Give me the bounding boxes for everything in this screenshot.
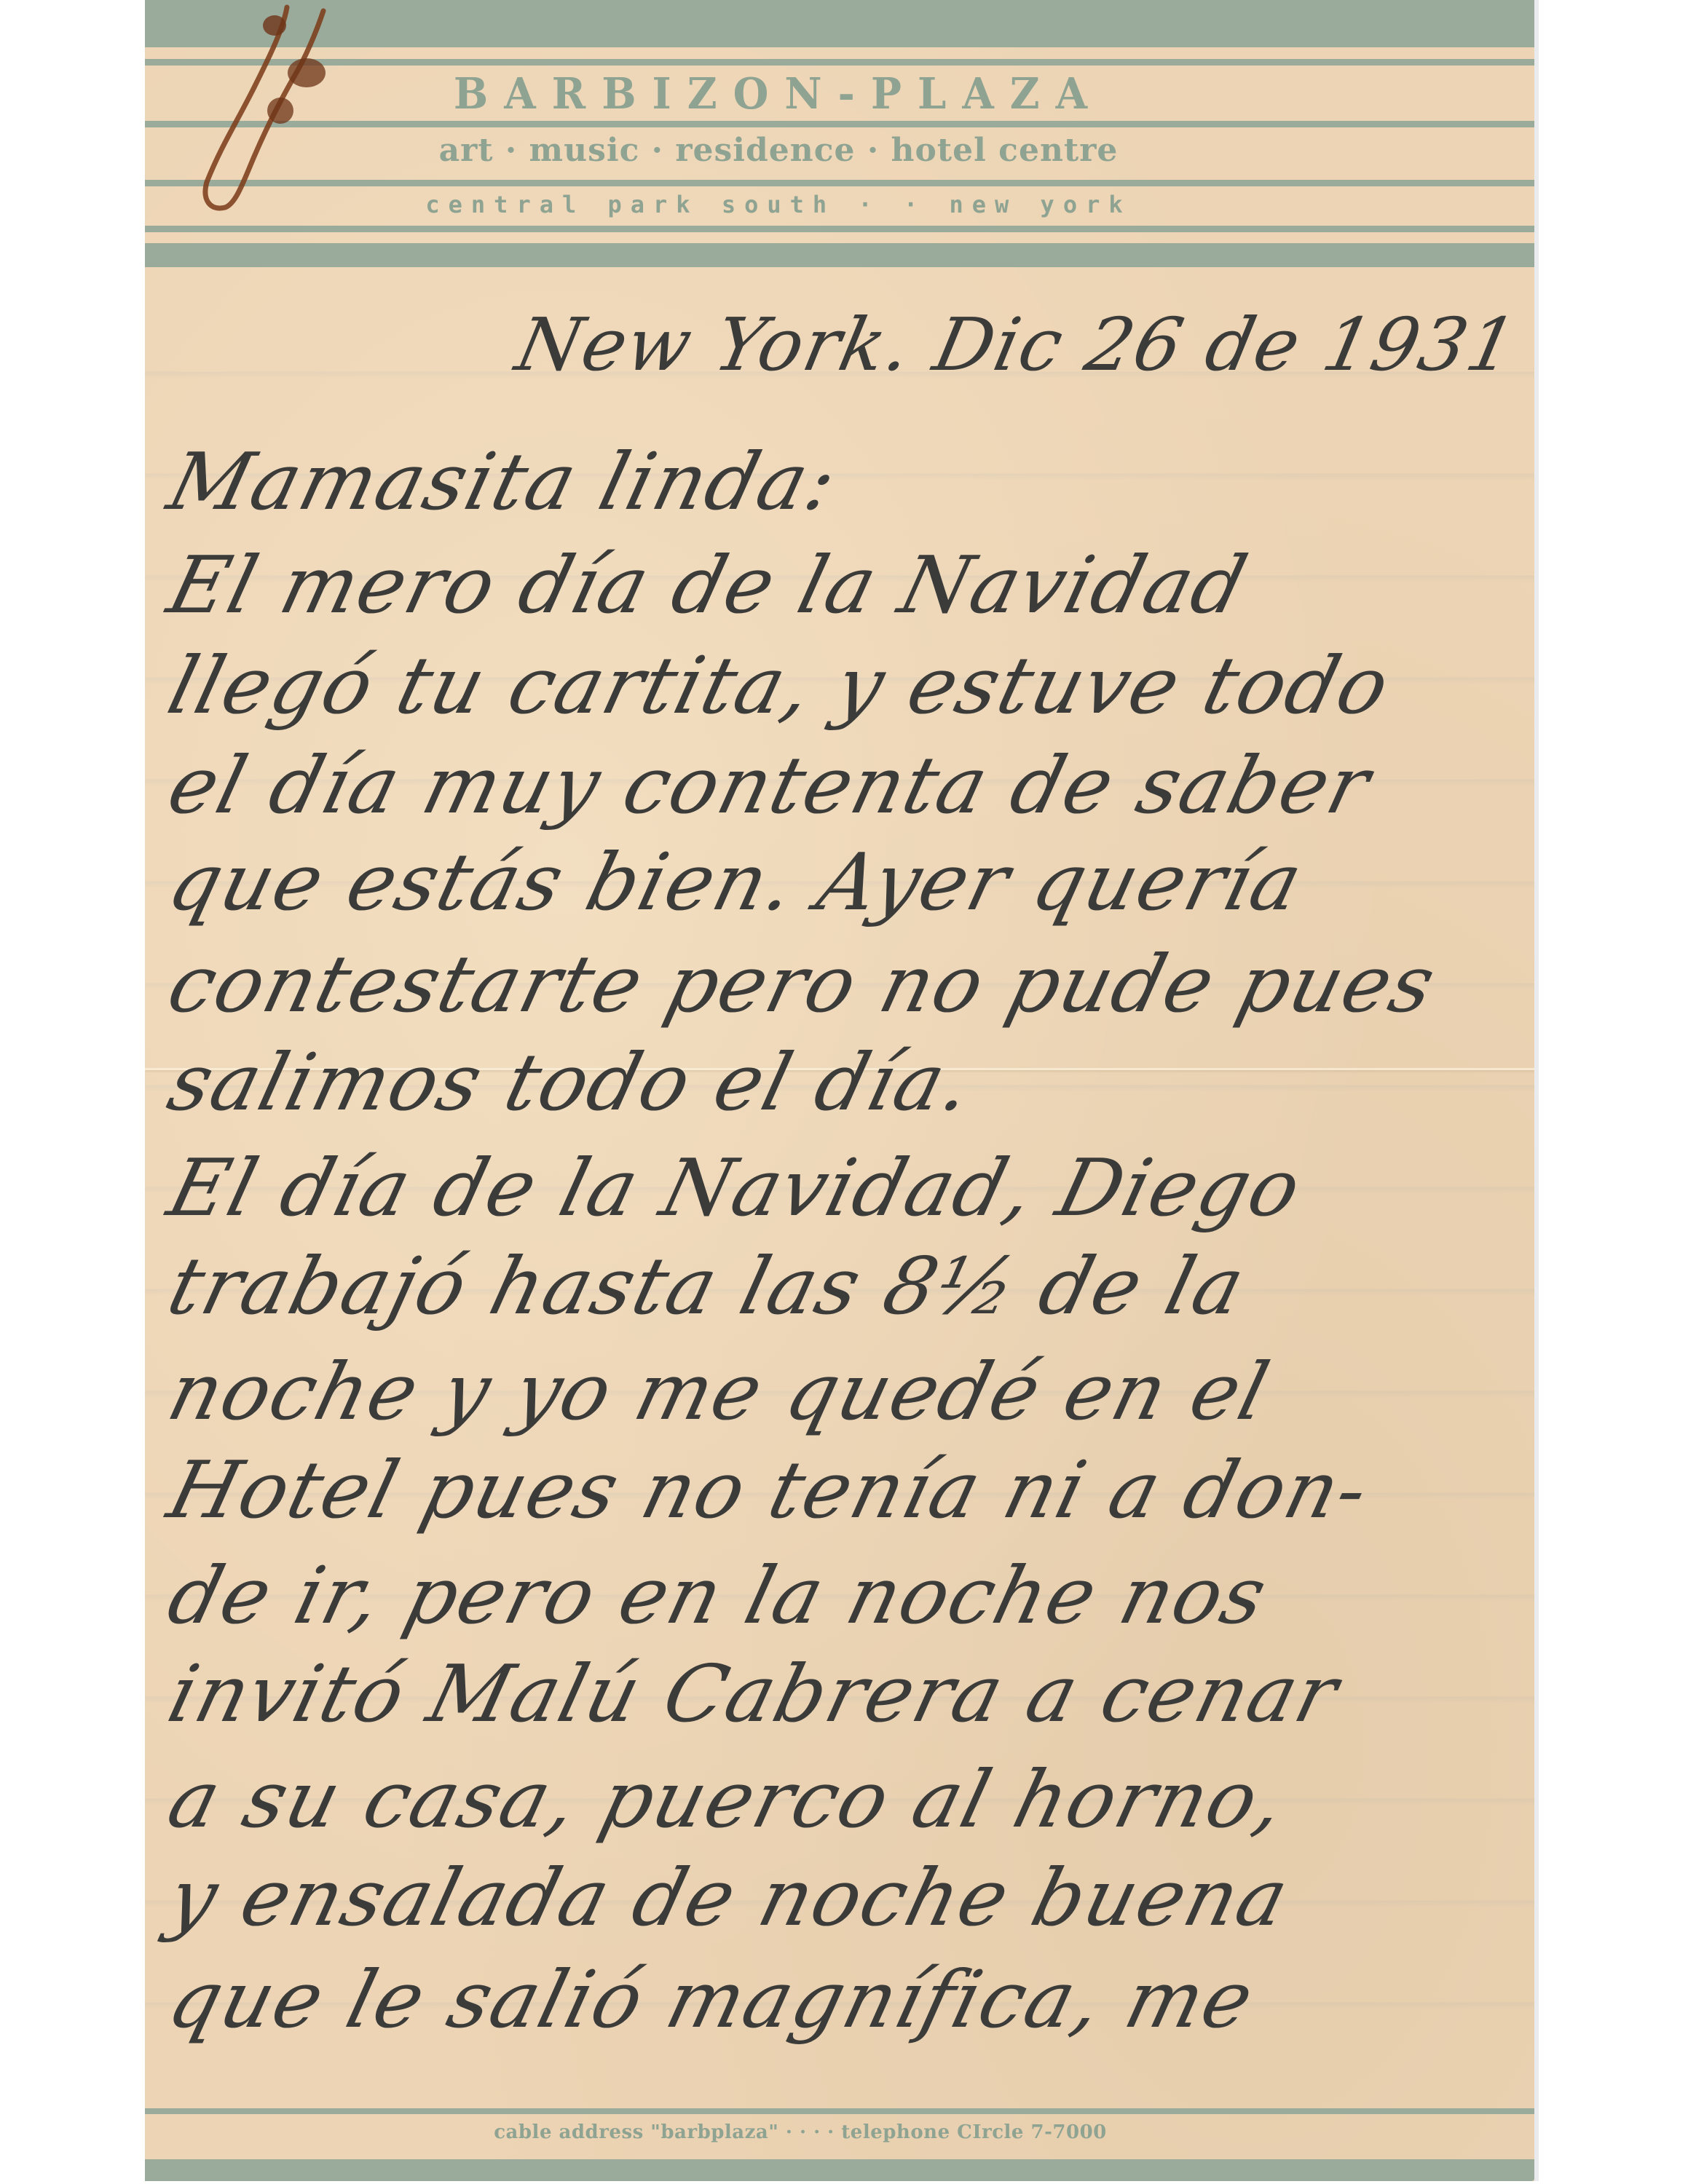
letterhead-footer: cable address "barbplaza" · · · · teleph… [320, 2121, 1281, 2143]
letter-line: a su casa, puerco al horno, [159, 1754, 1295, 1845]
letter-line: trabajó hasta las 8½ de la [159, 1241, 1254, 1332]
letter-line: de ir, pero en la noche nos [159, 1551, 1276, 1642]
letter-line: y ensalada de noche buena [159, 1853, 1298, 1944]
letter-line: El mero día de la Navidad [159, 540, 1256, 631]
letterhead-tagline: art · music · residence · hotel centre [280, 132, 1277, 169]
letter-line: llegó tu cartita, y estuve todo [159, 641, 1399, 732]
letter-line: que estás bien. Ayer quería [159, 837, 1312, 928]
letterhead-rule [145, 180, 1534, 186]
letterhead-top-band [145, 0, 1534, 47]
letterhead-rule [145, 226, 1534, 232]
letterhead-title: BARBIZON-PLAZA [272, 68, 1285, 119]
letterhead-rule [145, 121, 1534, 127]
footer-band [145, 2159, 1534, 2181]
letter-line: el día muy contenta de saber [159, 740, 1380, 831]
letter-line: invitó Malú Cabrera a cenar [159, 1649, 1348, 1740]
letter-line: Hotel pues no tenía ni a don- [159, 1445, 1378, 1536]
letter-line: que le salió magnífica, me [159, 1955, 1263, 2046]
letterhead-address: central park south · · new york [280, 191, 1277, 218]
letter-salutation: Mamasita linda: [159, 437, 847, 528]
letterhead-bottom-band [145, 243, 1534, 267]
letter-line: salimos todo el día. [159, 1037, 982, 1128]
letter-line: El día de la Navidad, Diego [159, 1143, 1311, 1234]
letter-dateline: New York. Dic 26 de 1931 [509, 302, 1525, 387]
letter-line: contestarte pero no pude pues [159, 939, 1445, 1030]
letterhead-rule [145, 59, 1534, 66]
letter-line: noche y yo me quedé en el [159, 1347, 1279, 1438]
letter-page: BARBIZON-PLAZA art · music · residence ·… [145, 0, 1534, 2181]
footer-rule [145, 2108, 1534, 2114]
